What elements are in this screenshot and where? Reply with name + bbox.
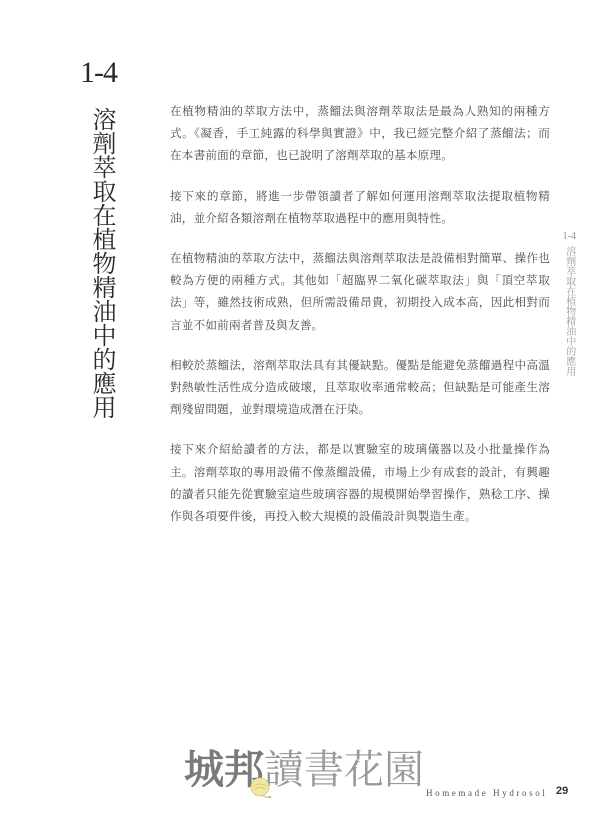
section-title: 溶劑萃取在植物精油中的應用 [88,107,114,419]
page-number: 29 [556,785,568,797]
page-footer: Homemade Hydrosol 29 [0,780,600,810]
section-number: 1-4 [80,58,117,88]
side-tab-number: 1-4 [560,230,578,242]
paragraph-5: 接下來介紹給讀者的方法，都是以實驗室的玻璃儀器以及小批量操作為主。溶劑萃取的專用… [170,438,550,527]
running-footer-title: Homemade Hydrosol [426,788,547,798]
paragraph-2: 接下來的章節，將進一步帶領讀者了解如何運用溶劑萃取法提取植物精油，並介紹各類溶劑… [170,185,550,229]
chapter-side-tab: 1-4 溶劑萃取在植物精油中的應用 [560,230,578,380]
body-text: 在植物精油的萃取方法中，蒸餾法與溶劑萃取法是最為人熟知的兩種方式。《凝香，手工純… [170,100,550,545]
paragraph-3: 在植物精油的萃取方法中，蒸餾法與溶劑萃取法是設備相對簡單、操作也較為方便的兩種方… [170,247,550,336]
paragraph-1: 在植物精油的萃取方法中，蒸餾法與溶劑萃取法是最為人熟知的兩種方式。《凝香，手工純… [170,100,550,167]
paragraph-4: 相較於蒸餾法，溶劑萃取法具有其優缺點。優點是能避免蒸餾過程中高溫對熱敏性活性成分… [170,354,550,421]
side-tab-title: 溶劑萃取在植物精油中的應用 [563,246,575,376]
